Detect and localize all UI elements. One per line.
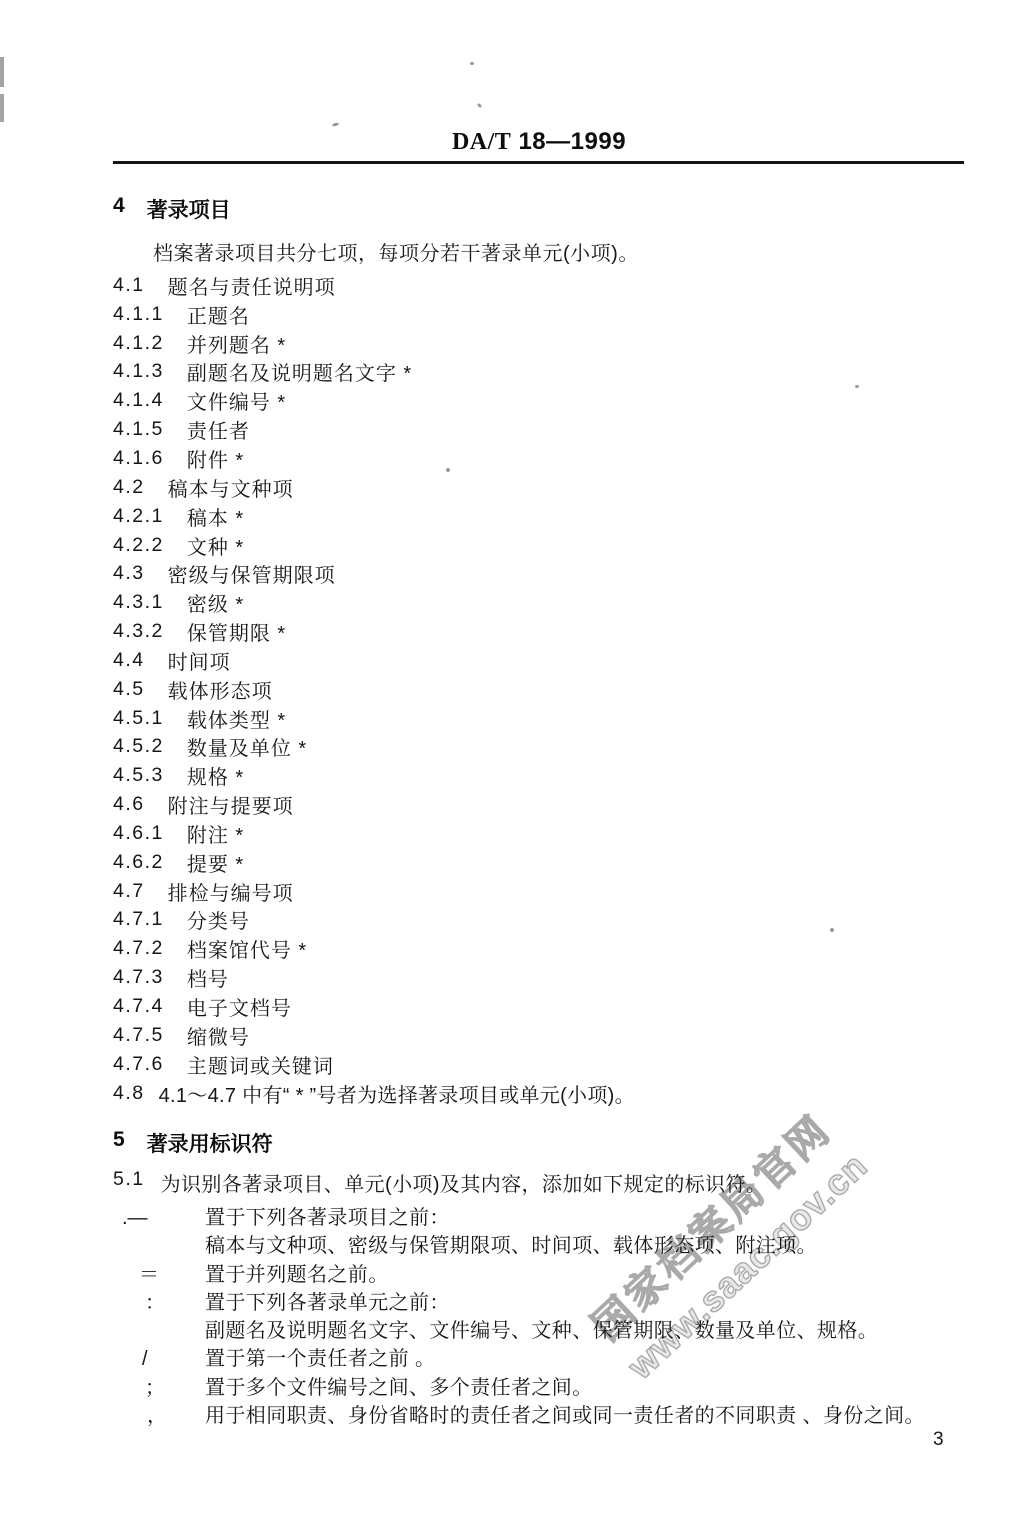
marker-text: 置于下列各著录单元之前： — [205, 1292, 450, 1314]
marker-detail: 副题名及说明题名文字、文件编号、文种、保管期限、数量及单位、规格。 — [113, 1317, 983, 1345]
item-number: 4.8 — [113, 1082, 145, 1105]
item-label: 责任者 — [187, 415, 250, 444]
item-label: 载体形态项 — [168, 675, 273, 704]
item-number: 4.6.2 — [113, 851, 164, 874]
catalog-item-row: 4.7排检与编号项 — [113, 877, 965, 906]
item-label: 电子文档号 — [187, 992, 292, 1021]
item-number: 4.3.1 — [113, 591, 164, 614]
catalog-item-row: 4.7.3档号 — [113, 963, 965, 992]
section-title: 著录项目 — [147, 194, 231, 224]
item-number: 4.7.3 — [113, 966, 164, 989]
marker-symbol: ： — [145, 1289, 165, 1317]
marker-row: ； 置于多个文件编号之间、多个责任者之间。 — [113, 1374, 983, 1402]
item-label: 提要 * — [187, 848, 244, 877]
item-number: 4.1.6 — [113, 447, 164, 470]
item-number: 4.4 — [113, 649, 145, 672]
item-number: 4.7.1 — [113, 908, 164, 931]
catalog-item-row: 4.1.5责任者 — [113, 415, 965, 444]
item-label: 附注 * — [187, 819, 244, 848]
catalog-item-row: 4.1.2并列题名 * — [113, 329, 965, 358]
item-label: 文件编号 * — [187, 386, 286, 415]
item-number: 4.7.4 — [113, 995, 164, 1018]
catalog-item-row: 4.5.1载体类型 * — [113, 704, 965, 733]
item-number: 4.1 — [113, 274, 145, 297]
scan-speck — [332, 122, 340, 127]
item-label: 数量及单位 * — [187, 732, 307, 761]
item-label: 排检与编号项 — [168, 877, 294, 906]
item-label: 档号 — [187, 963, 229, 992]
item-label: 正题名 — [187, 300, 250, 329]
item-label: 主题词或关键词 — [187, 1050, 334, 1079]
item-label: 载体类型 * — [187, 704, 286, 733]
standard-code-prefix: DA/T — [452, 129, 511, 155]
marker-text: 置于第一个责任者之前 。 — [205, 1348, 435, 1370]
catalog-item-row: 4.5载体形态项 — [113, 675, 965, 704]
item-number: 4.2.2 — [113, 534, 164, 557]
item-number: 4.5.3 — [113, 764, 164, 787]
catalog-item-row: 4.6.2提要 * — [113, 848, 965, 877]
catalog-item-row: 4.4时间项 — [113, 646, 965, 675]
section-number: 5 — [113, 1128, 125, 1158]
standard-code-header: DA/T 18—1999 — [113, 128, 965, 156]
marker-detail: 稿本与文种项、密级与保管期限项、时间项、载体形态项、附注项。 — [113, 1232, 983, 1260]
catalog-item-row: 4.7.1分类号 — [113, 906, 965, 935]
marker-symbol: ＝ — [139, 1261, 159, 1289]
item-number: 4.3.2 — [113, 620, 164, 643]
item-label: 时间项 — [168, 646, 231, 675]
catalog-item-row: 4.7.4电子文档号 — [113, 992, 965, 1021]
item-label: 并列题名 * — [187, 329, 286, 358]
marker-row: .— 置于下列各著录项目之前： — [113, 1204, 983, 1232]
item-number: 4.1.3 — [113, 360, 164, 383]
item-label: 题名与责任说明项 — [168, 271, 336, 300]
item-number: 4.7.5 — [113, 1024, 164, 1047]
catalog-item-row: 4.1.3副题名及说明题名文字 * — [113, 358, 965, 387]
header-rule — [113, 161, 964, 164]
catalog-item-row: 4.3密级与保管期限项 — [113, 559, 965, 588]
item-label: 档案馆代号 * — [187, 934, 307, 963]
item-number: 4.7 — [113, 880, 145, 903]
item-number: 4.6.1 — [113, 822, 164, 845]
catalog-item-row: 4.6附注与提要项 — [113, 790, 965, 819]
item-number: 4.6 — [113, 793, 145, 816]
item-label: 密级与保管期限项 — [168, 559, 336, 588]
catalog-item-row: 4.3.1密级 * — [113, 588, 965, 617]
catalog-item-row: 4.2稿本与文种项 — [113, 473, 965, 502]
section-4-intro: 档案著录项目共分七项，每项分若干著录单元(小项)。 — [113, 237, 893, 266]
marker-text: 用于相同职责、身份省略时的责任者之间或同一责任者的不同职责 、身份之间。 — [205, 1405, 925, 1427]
item-label: 附注与提要项 — [168, 790, 294, 819]
item-label: 保管期限 * — [187, 617, 286, 646]
item-label: 分类号 — [187, 905, 250, 934]
item-number: 4.2.1 — [113, 505, 164, 528]
item-label: 稿本 * — [187, 502, 244, 531]
item-number: 4.7.2 — [113, 937, 164, 960]
section-number: 4 — [113, 194, 125, 224]
marker-symbol: ； — [145, 1374, 165, 1402]
item-label: 密级 * — [187, 588, 244, 617]
marker-row: / 置于第一个责任者之前 。 — [113, 1345, 983, 1373]
item-number: 4.1.4 — [113, 389, 164, 412]
marker-text: 置于并列题名之前。 — [205, 1264, 389, 1286]
catalog-item-row: 4.1.1正题名 — [113, 300, 965, 329]
item-label: 附件 * — [187, 444, 244, 473]
catalog-item-row: 4.2.2文种 * — [113, 531, 965, 560]
item-number: 4.3 — [113, 562, 145, 585]
scanned-document-page: 国家档案局官网 www.saac.gov.cn DA/T 18—1999 4 著… — [0, 0, 1024, 1523]
clause-5-1: 5.1 为识别各著录项目、单元(小项)及其内容，添加如下规定的标识符。 — [113, 1168, 766, 1197]
marker-text: 置于下列各著录项目之前： — [205, 1207, 450, 1229]
marker-row: ： 置于下列各著录单元之前： — [113, 1289, 983, 1317]
marker-symbol: / — [142, 1345, 148, 1373]
marker-text: 置于多个文件编号之间、多个责任者之间。 — [205, 1377, 593, 1399]
scan-artifact — [0, 94, 4, 122]
item-number: 4.7.6 — [113, 1053, 164, 1076]
clause-text: 为识别各著录项目、单元(小项)及其内容，添加如下规定的标识符。 — [161, 1168, 767, 1197]
item-number: 4.1.1 — [113, 303, 164, 326]
item-label: 副题名及说明题名文字 * — [187, 357, 412, 386]
scan-speck — [470, 62, 474, 65]
item-number: 4.2 — [113, 476, 145, 499]
catalog-item-row: 4.6.1附注 * — [113, 819, 965, 848]
catalog-item-list: 4.1题名与责任说明项 4.1.1正题名 4.1.2并列题名 * 4.1.3副题… — [113, 271, 965, 1107]
catalog-item-row: 4.5.2数量及单位 * — [113, 733, 965, 762]
catalog-item-row: 4.3.2保管期限 * — [113, 617, 965, 646]
marker-symbol: ， — [147, 1402, 167, 1430]
catalog-item-row: 4.84.1～4.7 中有“ * ”号者为选择著录项目或单元(小项)。 — [113, 1079, 965, 1108]
page-number: 3 — [933, 1429, 945, 1451]
item-label: 规格 * — [187, 761, 244, 790]
marker-symbol: .— — [122, 1204, 148, 1232]
section-title: 著录用标识符 — [147, 1128, 273, 1158]
section-5-heading: 5 著录用标识符 — [113, 1128, 273, 1158]
clause-number: 5.1 — [113, 1168, 145, 1197]
item-label: 稿本与文种项 — [168, 473, 294, 502]
catalog-item-row: 4.7.5缩微号 — [113, 1021, 965, 1050]
catalog-item-row: 4.7.2档案馆代号 * — [113, 934, 965, 963]
catalog-item-row: 4.5.3规格 * — [113, 761, 965, 790]
scan-artifact — [0, 57, 4, 87]
catalog-item-row: 4.7.6主题词或关键词 — [113, 1050, 965, 1079]
standard-code-number: 18—1999 — [518, 128, 626, 155]
item-number: 4.1.2 — [113, 332, 164, 355]
item-number: 4.5 — [113, 678, 145, 701]
item-number: 4.5.1 — [113, 707, 164, 730]
item-number: 4.1.5 — [113, 418, 164, 441]
marker-row: ， 用于相同职责、身份省略时的责任者之间或同一责任者的不同职责 、身份之间。 — [113, 1402, 983, 1430]
identifier-marker-list: .— 置于下列各著录项目之前： 稿本与文种项、密级与保管期限项、时间项、载体形态… — [113, 1204, 983, 1430]
catalog-item-row: 4.1.6附件 * — [113, 444, 965, 473]
marker-row: ＝ 置于并列题名之前。 — [113, 1261, 983, 1289]
scan-speck — [477, 103, 483, 109]
catalog-item-row: 4.2.1稿本 * — [113, 502, 965, 531]
item-label: 缩微号 — [187, 1021, 250, 1050]
item-label: 文种 * — [187, 531, 244, 560]
section-4-heading: 4 著录项目 — [113, 194, 231, 224]
item-number: 4.5.2 — [113, 735, 164, 758]
catalog-item-row: 4.1题名与责任说明项 — [113, 271, 965, 300]
item-label: 4.1～4.7 中有“ * ”号者为选择著录项目或单元(小项)。 — [159, 1079, 635, 1108]
catalog-item-row: 4.1.4文件编号 * — [113, 386, 965, 415]
